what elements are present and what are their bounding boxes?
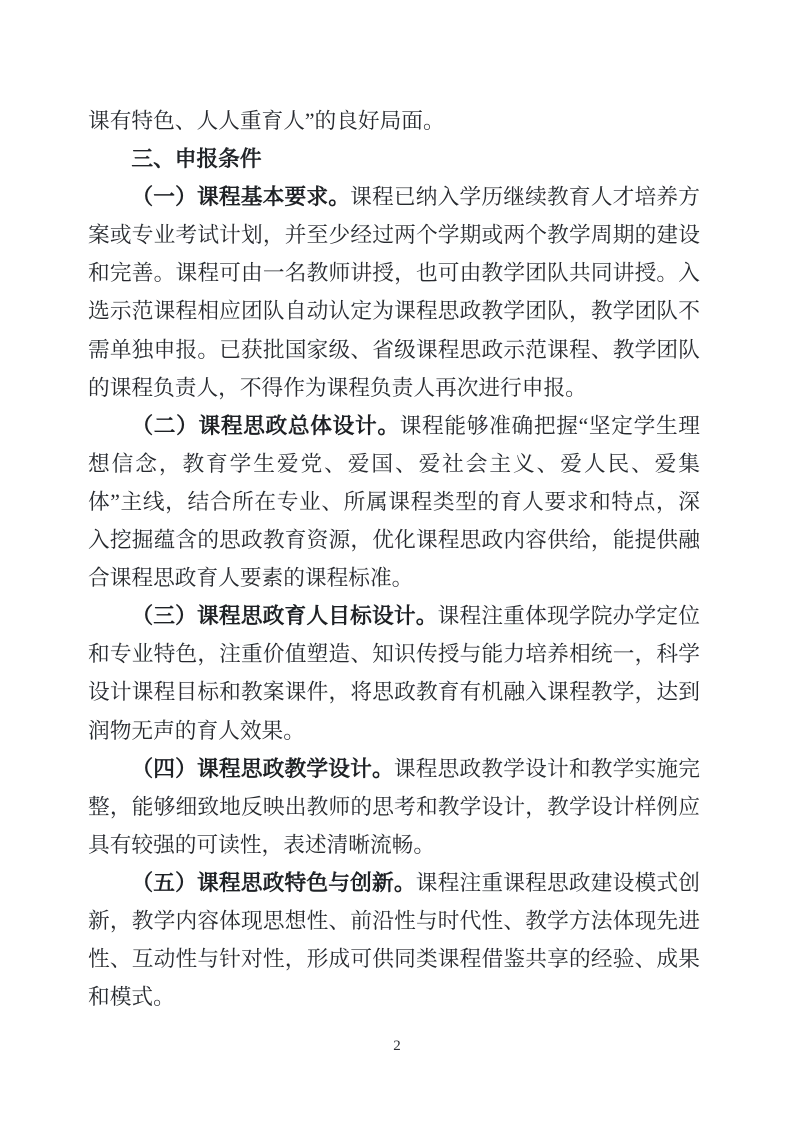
paragraph-1-lead: （一）课程基本要求。 (131, 185, 350, 209)
paragraph-5-lead: （五）课程思政特色与创新。 (131, 871, 415, 895)
paragraph-1: （一）课程基本要求。课程已纳入学历继续教育人才培养方案或专业考试计划，并至少经过… (88, 178, 700, 407)
paragraph-2-text: 课程能够准确把握“坚定学生理想信念，教育学生爱党、爱国、爱社会主义、爱人民、爱集… (88, 414, 700, 590)
paragraph-4-lead: （四）课程思政教学设计。 (131, 757, 394, 781)
paragraph-5: （五）课程思政特色与创新。课程注重课程思政建设模式创新，教学内容体现思想性、前沿… (88, 864, 700, 1016)
page-number: 2 (0, 1036, 794, 1056)
paragraph-3: （三）课程思政育人目标设计。课程注重体现学院办学定位和专业特色，注重价值塑造、知… (88, 597, 700, 749)
document-body: 课有特色、人人重育人”的良好局面。 三、申报条件 （一）课程基本要求。课程已纳入… (88, 102, 700, 1016)
continuation-line: 课有特色、人人重育人”的良好局面。 (88, 102, 700, 140)
paragraph-2: （二）课程思政总体设计。课程能够准确把握“坚定学生理想信念，教育学生爱党、爱国、… (88, 407, 700, 597)
paragraph-2-lead: （二）课程思政总体设计。 (131, 414, 399, 438)
section-heading: 三、申报条件 (88, 140, 700, 178)
paragraph-1-text: 课程已纳入学历继续教育人才培养方案或专业考试计划，并至少经过两个学期或两个教学周… (88, 185, 700, 399)
document-page: 课有特色、人人重育人”的良好局面。 三、申报条件 （一）课程基本要求。课程已纳入… (0, 0, 794, 1123)
paragraph-4: （四）课程思政教学设计。课程思政教学设计和教学实施完整，能够细致地反映出教师的思… (88, 750, 700, 864)
paragraph-3-lead: （三）课程思政育人目标设计。 (131, 604, 437, 628)
